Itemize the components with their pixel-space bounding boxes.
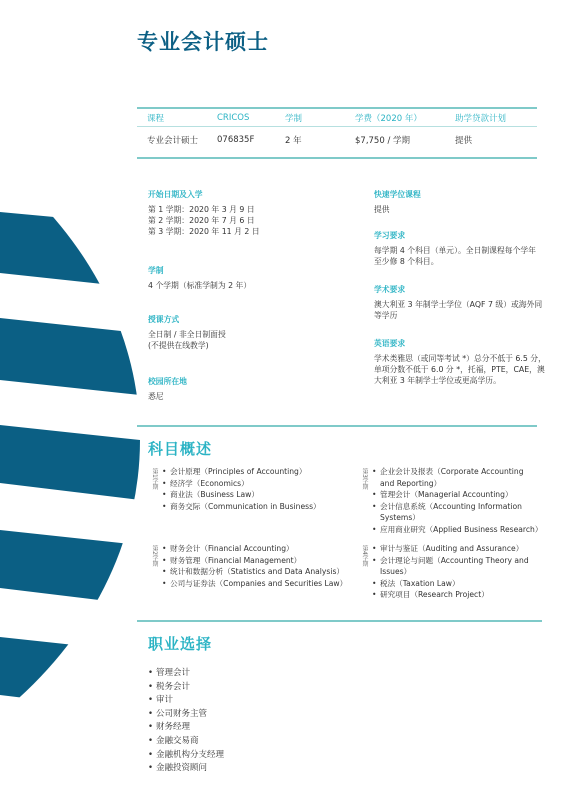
info-label: 英语要求: [374, 338, 546, 349]
info-line: 第 3 学期：2020 年 11 月 2 日: [148, 226, 260, 237]
career-item: 金融交易商: [148, 735, 224, 749]
subject-item: 财务会计（Financial Accounting）: [162, 543, 358, 555]
semester-2: 第2学期 财务会计（Financial Accounting） 财务管理（Fin…: [148, 543, 358, 589]
header-cricos: CRICOS: [217, 113, 285, 123]
info-study-requirements: 学习要求 每学期 4 个科目（单元）。全日制课程每个学年 至少修 8 个科目。: [374, 230, 536, 267]
info-fast-track: 快速学位课程 提供: [374, 189, 421, 215]
summary-table: 课程 CRICOS 学制 学费（2020 年） 助学贷款计划 专业会计硕士 07…: [137, 110, 537, 153]
info-label: 快速学位课程: [374, 189, 421, 200]
summary-bottom-divider: [137, 157, 537, 159]
info-line: 全日制 / 非全日制面授: [148, 329, 226, 340]
info-line: 澳大利亚 3 年制学士学位（AQF 7 级）或海外同: [374, 299, 542, 310]
header-course: 课程: [137, 112, 217, 124]
page-title: 专业会计硕士: [137, 26, 269, 56]
info-line: 单项分数不低于 6.0 分 *，托福，PTE，CAE，澳: [374, 364, 546, 375]
subject-item: 经济学（Economics）: [162, 478, 358, 490]
semester-1: 第1学期 会计原理（Principles of Accounting） 经济学（…: [148, 466, 358, 512]
header-fee: 学费（2020 年）: [355, 112, 455, 124]
semester-label: 第3学期: [358, 468, 368, 490]
subject-item: 商业法（Business Law）: [162, 489, 358, 501]
info-line: 每学期 4 个科目（单元）。全日制课程每个学年: [374, 245, 536, 256]
subjects-title: 科目概述: [148, 438, 212, 459]
subject-item: 会计信息系统（Accounting Information Systems）: [372, 501, 540, 524]
semester-3: 第3学期 企业会计及报表（Corporate Accounting and Re…: [358, 466, 540, 536]
info-line: 第 1 学期：2020 年 3 月 9 日: [148, 204, 260, 215]
info-duration: 学制 4 个学期（标准学制为 2 年）: [148, 265, 251, 291]
career-item: 财务经理: [148, 721, 224, 735]
header-duration: 学制: [285, 112, 355, 124]
info-label: 学习要求: [374, 230, 536, 241]
info-label: 开始日期及入学: [148, 189, 260, 200]
info-line: (不提供在线教学): [148, 340, 226, 351]
info-english-requirements: 英语要求 学术类雅思（或同等考试 *）总分不低于 6.5 分， 单项分数不低于 …: [374, 338, 546, 386]
subject-item: 税法（Taxation Law）: [372, 578, 540, 590]
subject-item: 会计理论与问题（Accounting Theory and Issues）: [372, 555, 540, 578]
info-line: 悉尼: [148, 391, 187, 402]
subject-item: 企业会计及报表（Corporate Accounting and Reporti…: [372, 466, 540, 489]
subject-item: 公司与证券法（Companies and Securities Law）: [162, 578, 358, 590]
subject-item: 审计与鉴证（Auditing and Assurance）: [372, 543, 540, 555]
semester-label: 第2学期: [148, 545, 158, 567]
career-item: 管理会计: [148, 667, 224, 681]
subject-item: 商务交际（Communication in Business）: [162, 501, 358, 513]
semester-4: 第4学期 审计与鉴证（Auditing and Assurance） 会计理论与…: [358, 543, 540, 601]
career-item: 审计: [148, 694, 224, 708]
info-label: 学制: [148, 265, 251, 276]
subject-item: 财务管理（Financial Management）: [162, 555, 358, 567]
subject-item: 应用商业研究（Applied Business Research）: [372, 524, 540, 536]
career-item: 公司财务主管: [148, 708, 224, 722]
summary-header-row: 课程 CRICOS 学制 学费（2020 年） 助学贷款计划: [137, 110, 537, 127]
value-duration: 2 年: [285, 134, 355, 146]
info-label: 学术要求: [374, 284, 542, 295]
info-label: 授课方式: [148, 314, 226, 325]
careers-title: 职业选择: [148, 633, 212, 654]
value-fee: $7,750 / 学期: [355, 134, 455, 146]
info-line: 第 2 学期：2020 年 7 月 6 日: [148, 215, 260, 226]
info-start-dates: 开始日期及入学 第 1 学期：2020 年 3 月 9 日 第 2 学期：202…: [148, 189, 260, 237]
info-academic-requirements: 学术要求 澳大利亚 3 年制学士学位（AQF 7 级）或海外同 等学历: [374, 284, 542, 321]
info-line: 提供: [374, 204, 421, 215]
careers-list: 管理会计 税务会计 审计 公司财务主管 财务经理 金融交易商 金融机构分支经理 …: [148, 667, 224, 776]
career-item: 金融投资顾问: [148, 762, 224, 776]
info-label: 校园所在地: [148, 376, 187, 387]
subject-item: 管理会计（Managerial Accounting）: [372, 489, 540, 501]
info-line: 等学历: [374, 310, 542, 321]
career-item: 税务会计: [148, 681, 224, 695]
value-cricos: 076835F: [217, 135, 285, 145]
career-item: 金融机构分支经理: [148, 749, 224, 763]
semester-label: 第4学期: [358, 545, 368, 567]
subject-item: 研究项目（Research Project）: [372, 589, 540, 601]
value-loan: 提供: [455, 134, 537, 146]
subject-item: 统计和数据分析（Statistics and Data Analysis）: [162, 566, 358, 578]
value-course: 专业会计硕士: [137, 134, 217, 146]
header-loan: 助学贷款计划: [455, 112, 537, 124]
semester-label: 第1学期: [148, 468, 158, 490]
info-line: 4 个学期（标准学制为 2 年）: [148, 280, 251, 291]
info-line: 至少修 8 个科目。: [374, 256, 536, 267]
careers-divider: [137, 620, 542, 622]
info-line: 大利亚 3 年制学士学位或更高学历。: [374, 375, 546, 386]
summary-value-row: 专业会计硕士 076835F 2 年 $7,750 / 学期 提供: [137, 127, 537, 153]
info-campus: 校园所在地 悉尼: [148, 376, 187, 402]
top-divider: [137, 107, 537, 109]
decorative-stripes: [0, 0, 140, 789]
subject-item: 会计原理（Principles of Accounting）: [162, 466, 358, 478]
info-delivery: 授课方式 全日制 / 非全日制面授 (不提供在线教学): [148, 314, 226, 351]
info-line: 学术类雅思（或同等考试 *）总分不低于 6.5 分，: [374, 353, 546, 364]
subjects-divider: [137, 425, 537, 427]
